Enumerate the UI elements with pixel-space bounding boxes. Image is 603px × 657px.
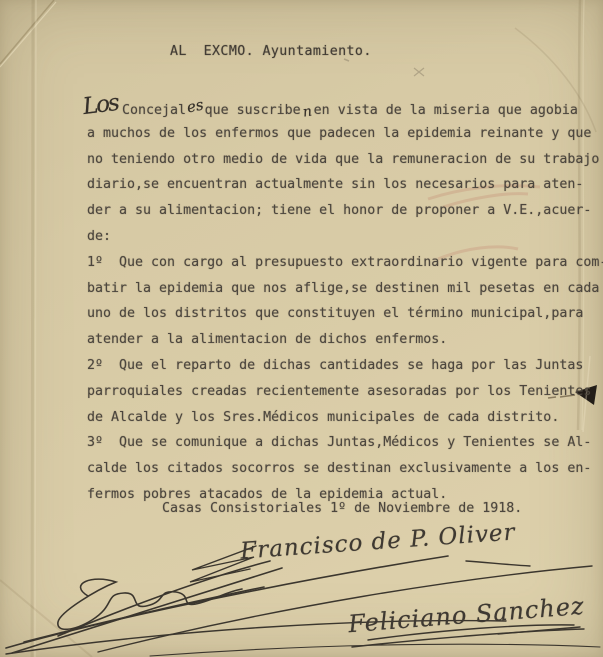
crease-line xyxy=(0,0,54,64)
typed-line: 3º Que se comunique a dichas Juntas,Médi… xyxy=(87,430,603,456)
date-line: Casas Consistoriales 1º de Noviembre de … xyxy=(162,501,522,516)
typed-line: diario,se encuentran actualmente sin los… xyxy=(87,172,603,198)
handwritten-correction-los: Los xyxy=(82,91,120,121)
pencil-mark xyxy=(414,68,424,76)
typed-line: parroquiales creadas recientemente aseso… xyxy=(87,379,603,405)
typed-text: en vista de la miseria que agobia xyxy=(314,103,578,118)
typed-line: 1º Que con cargo al presupuesto extraord… xyxy=(87,250,603,276)
crease-line xyxy=(0,580,92,657)
flourish-arc xyxy=(150,644,600,656)
typed-line: de Alcalde y los Sres.Médicos municipale… xyxy=(87,405,603,431)
fold-highlight xyxy=(35,0,36,657)
smudge-mark xyxy=(344,59,349,61)
typed-line: no teniendo otro medio de vida que la re… xyxy=(87,147,603,173)
typed-line: de: xyxy=(87,224,603,250)
signature-feliciano-sanchez: Feliciano Sanchez xyxy=(347,592,585,638)
signature-francisco-oliver: Francisco de P. Oliver xyxy=(239,519,516,564)
typed-line: calde los citados socorros se destinan e… xyxy=(87,456,603,482)
document-page: AL EXCMO. Ayuntamiento. LosConcejalesque… xyxy=(0,0,603,657)
typed-line: uno de los distritos que constituyen el … xyxy=(87,301,603,327)
crease-highlight xyxy=(0,2,56,67)
illegible-signature-rubric xyxy=(6,556,448,653)
oliver-underline xyxy=(466,561,530,566)
typed-text: Concejal xyxy=(122,103,186,118)
document-body: LosConcejalesque suscribenen vista de la… xyxy=(87,95,603,508)
typed-line: der a su alimentacion; tiene el honor de… xyxy=(87,198,603,224)
typed-line: batir la epidemia que nos aflige,se dest… xyxy=(87,276,603,302)
handwritten-correction-es: es xyxy=(184,93,206,122)
fold-line xyxy=(32,0,33,657)
document-heading: AL EXCMO. Ayuntamiento. xyxy=(170,44,372,59)
typed-line: a muchos de los enfermos que padecen la … xyxy=(87,121,603,147)
typed-text: que suscribe xyxy=(205,103,301,118)
paragraph-first-line: LosConcejalesque suscribenen vista de la… xyxy=(87,95,603,121)
typed-line: atender a la alimentacion de dichos enfe… xyxy=(87,327,603,353)
typed-line: 2º Que el reparto de dichas cantidades s… xyxy=(87,353,603,379)
